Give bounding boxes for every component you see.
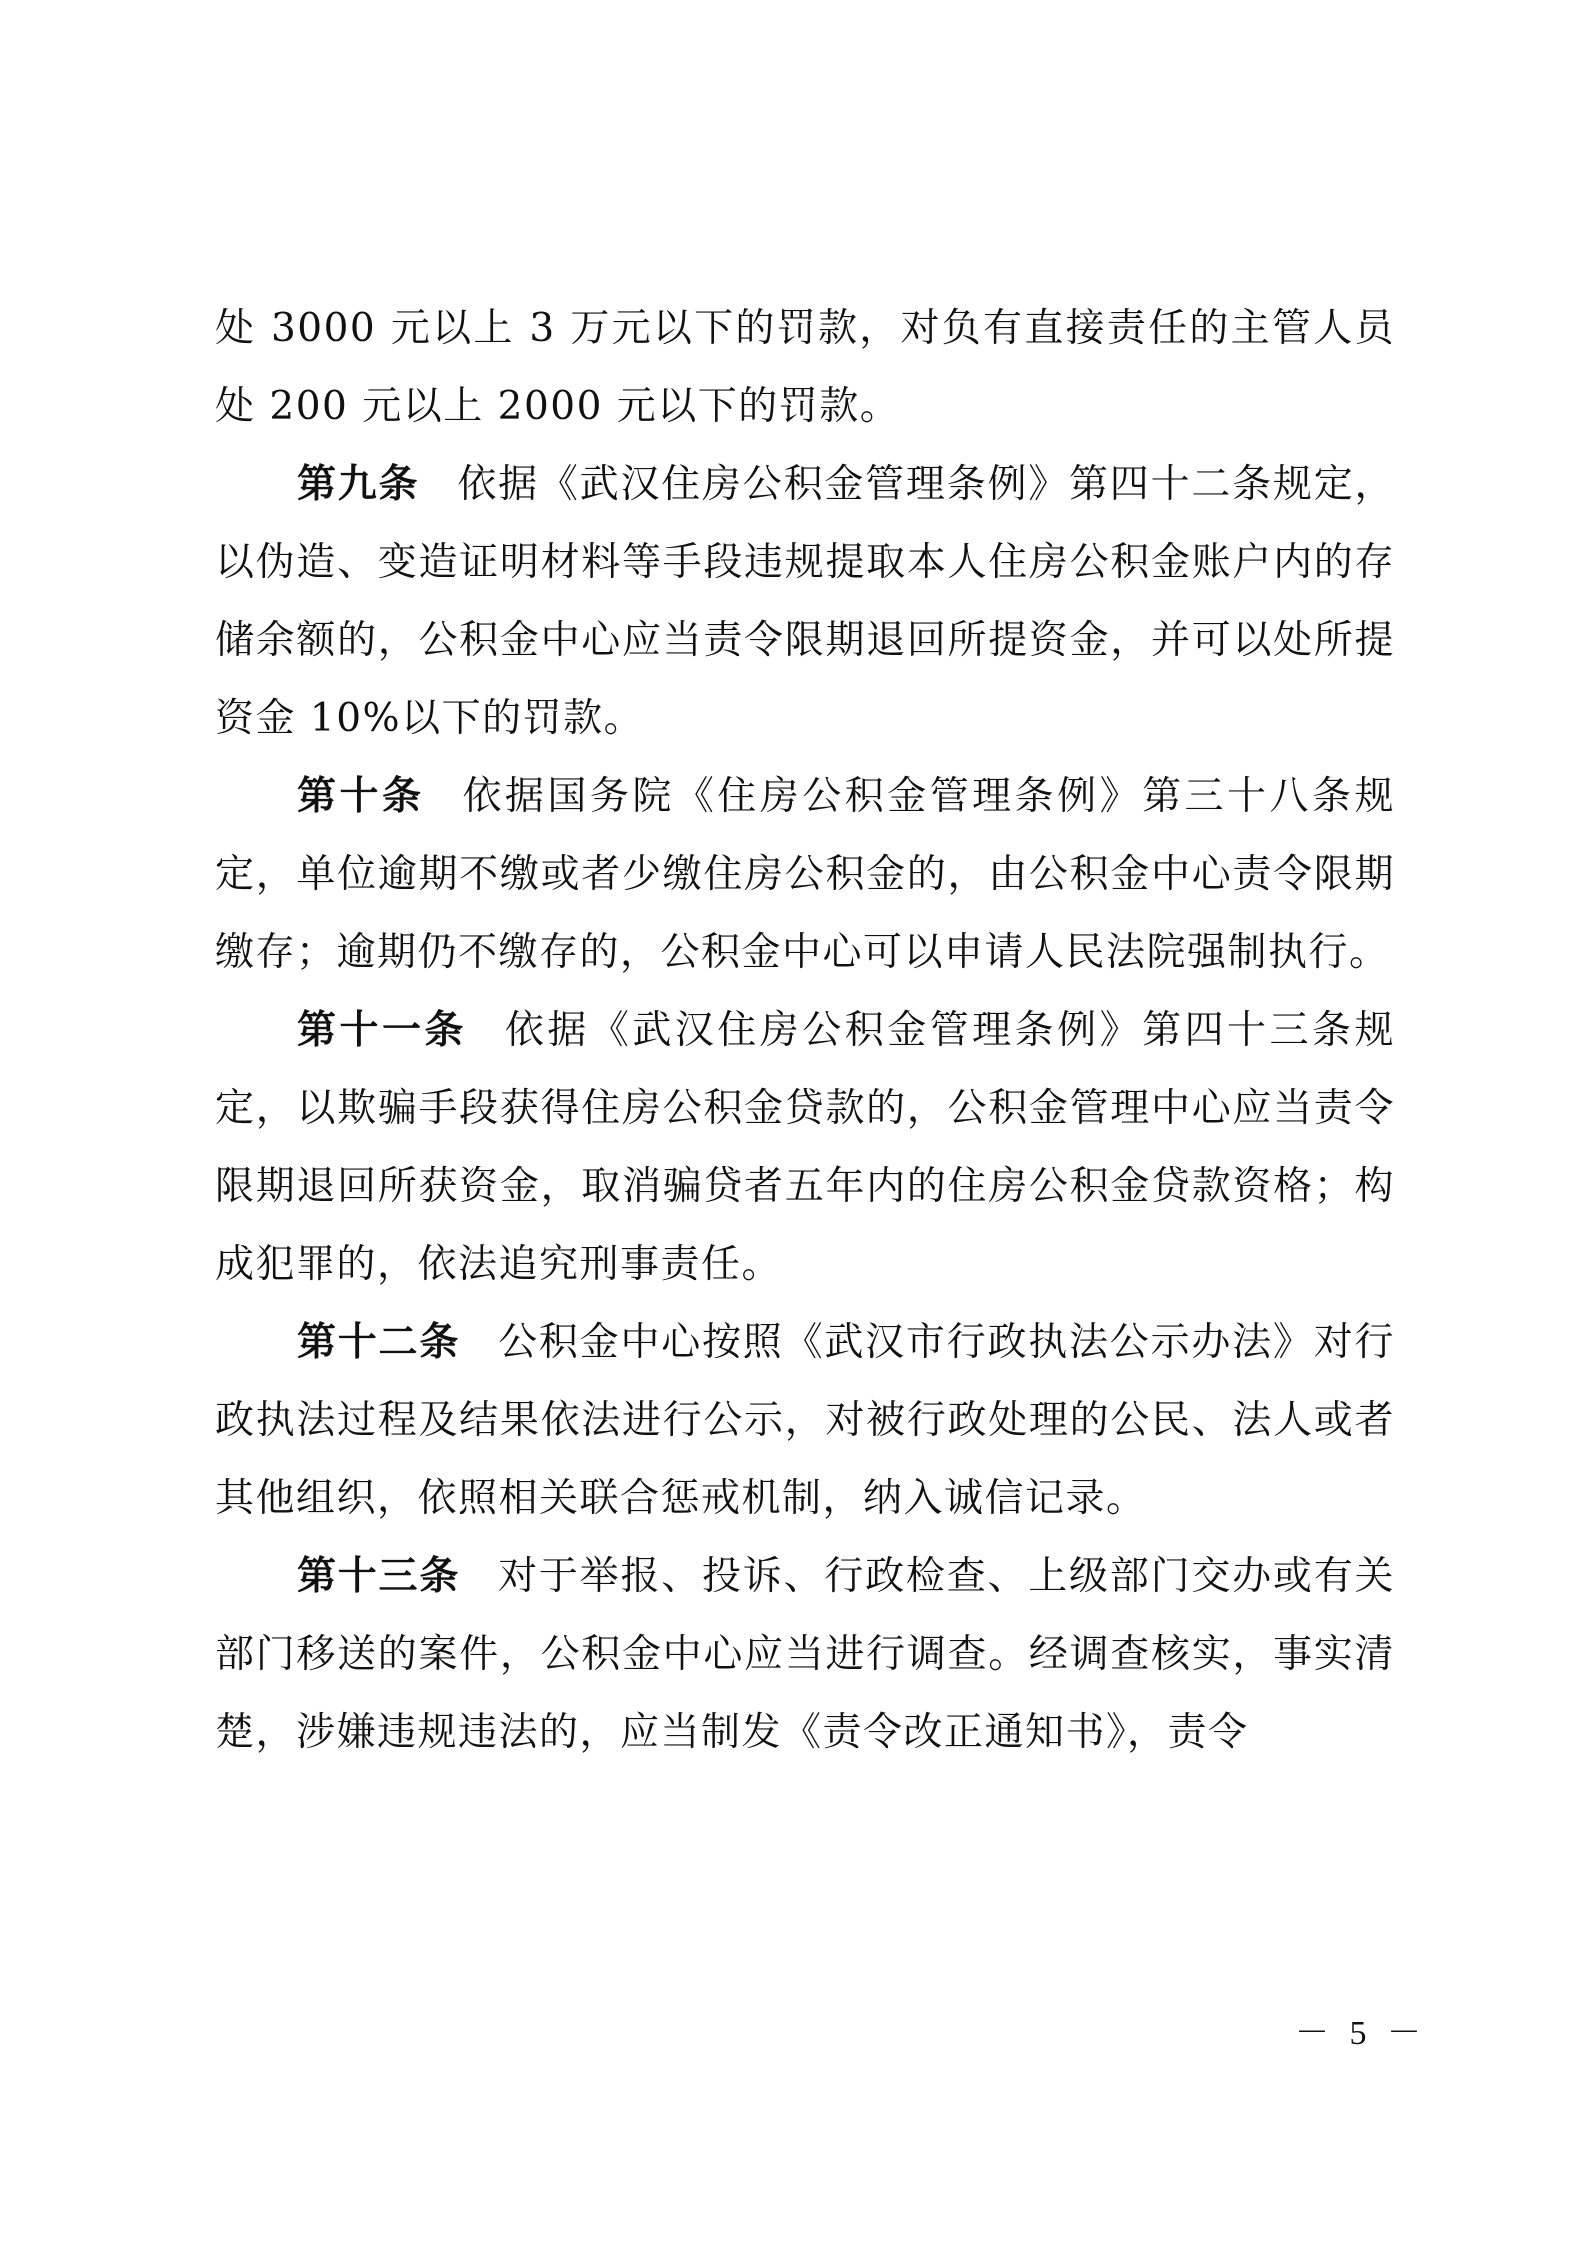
article-number: 第十三条	[297, 1554, 460, 1599]
document-page: 处 3000 元以上 3 万元以下的罚款，对负有直接责任的主管人员处 200 元…	[215, 290, 1395, 1772]
article-number: 第九条	[297, 462, 419, 507]
paragraph-text: 处 3000 元以上 3 万元以下的罚款，对负有直接责任的主管人员处 200 元…	[215, 306, 1395, 429]
article-number: 第十一条	[297, 1008, 467, 1053]
page-number: － 5 －	[1295, 2005, 1427, 2054]
article-13: 第十三条对于举报、投诉、行政检查、上级部门交办或有关部门移送的案件，公积金中心应…	[215, 1538, 1395, 1772]
article-12: 第十二条公积金中心按照《武汉市行政执法公示办法》对行政执法过程及结果依法进行公示…	[215, 1304, 1395, 1538]
article-11: 第十一条依据《武汉住房公积金管理条例》第四十三条规定，以欺骗手段获得住房公积金贷…	[215, 992, 1395, 1304]
article-number: 第十二条	[297, 1320, 460, 1365]
paragraph-continuation: 处 3000 元以上 3 万元以下的罚款，对负有直接责任的主管人员处 200 元…	[215, 290, 1395, 446]
article-10: 第十条依据国务院《住房公积金管理条例》第三十八条规定，单位逾期不缴或者少缴住房公…	[215, 758, 1395, 992]
article-9: 第九条依据《武汉住房公积金管理条例》第四十二条规定，以伪造、变造证明材料等手段违…	[215, 446, 1395, 758]
article-number: 第十条	[297, 774, 424, 819]
